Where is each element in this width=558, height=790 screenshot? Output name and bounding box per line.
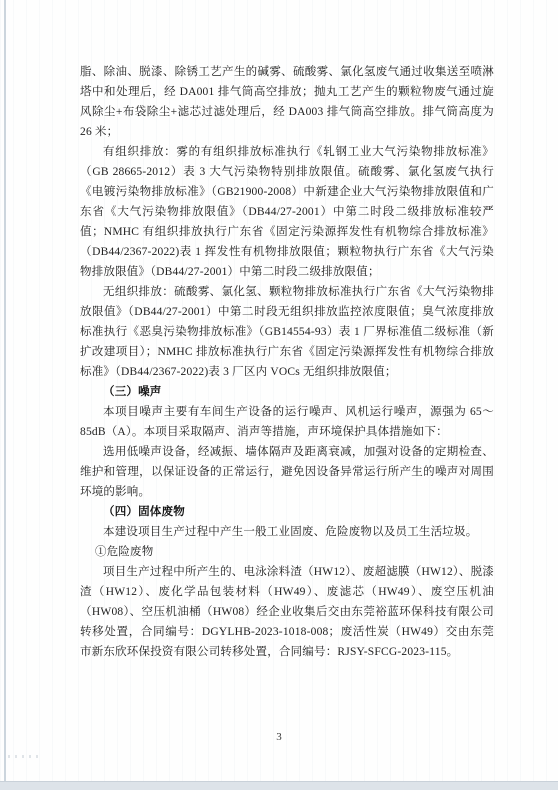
scan-edge-line [4, 0, 6, 790]
document-body: 脂、除油、脱漆、除锈工艺产生的碱雾、硫酸雾、氯化氢废气通过收集送至喷淋塔中和处理… [80, 62, 494, 662]
section-heading-noise: （三）噪声 [80, 382, 494, 402]
scan-bottom-band [0, 781, 558, 790]
paragraph-hazardous-waste-detail: 项目生产过程中所产生的、电泳涂料渣（HW12）、废超滤膜（HW12）、脱漆渣（H… [80, 562, 494, 662]
section-heading-solid-waste: （四）固体废物 [80, 502, 494, 522]
paragraph-solid-waste-overview: 本建设项目生产过程中产生一般工业固废、危险废物以及员工生活垃圾。 [80, 522, 494, 542]
paragraph-noise-measures: 选用低噪声设备，经减振、墙体隔声及距离衰减，加强对设备的定期检查、维护和管理，以… [80, 442, 494, 502]
paragraph-unorganized-emission-standards: 无组织排放：硫酸雾、氯化氢、颗粒物排放标准执行广东省《大气污染物排放限值》（DB… [80, 282, 494, 382]
paragraph-exhaust-treatment: 脂、除油、脱漆、除锈工艺产生的碱雾、硫酸雾、氯化氢废气通过收集送至喷淋塔中和处理… [80, 62, 494, 142]
document-page: 脂、除油、脱漆、除锈工艺产生的碱雾、硫酸雾、氯化氢废气通过收集送至喷淋塔中和处理… [0, 0, 558, 790]
scan-speckle [8, 755, 38, 758]
paragraph-organized-emission-standards: 有组织排放：雾的有组织排放标准执行《轧钢工业大气污染物排放标准》（GB 2866… [80, 142, 494, 282]
page-number: 3 [0, 731, 558, 743]
paragraph-noise-sources: 本项目噪声主要有车间生产设备的运行噪声、风机运行噪声，源强为 65～85dB（A… [80, 402, 494, 442]
paragraph-hazardous-waste-label: ①危险废物 [80, 542, 494, 562]
